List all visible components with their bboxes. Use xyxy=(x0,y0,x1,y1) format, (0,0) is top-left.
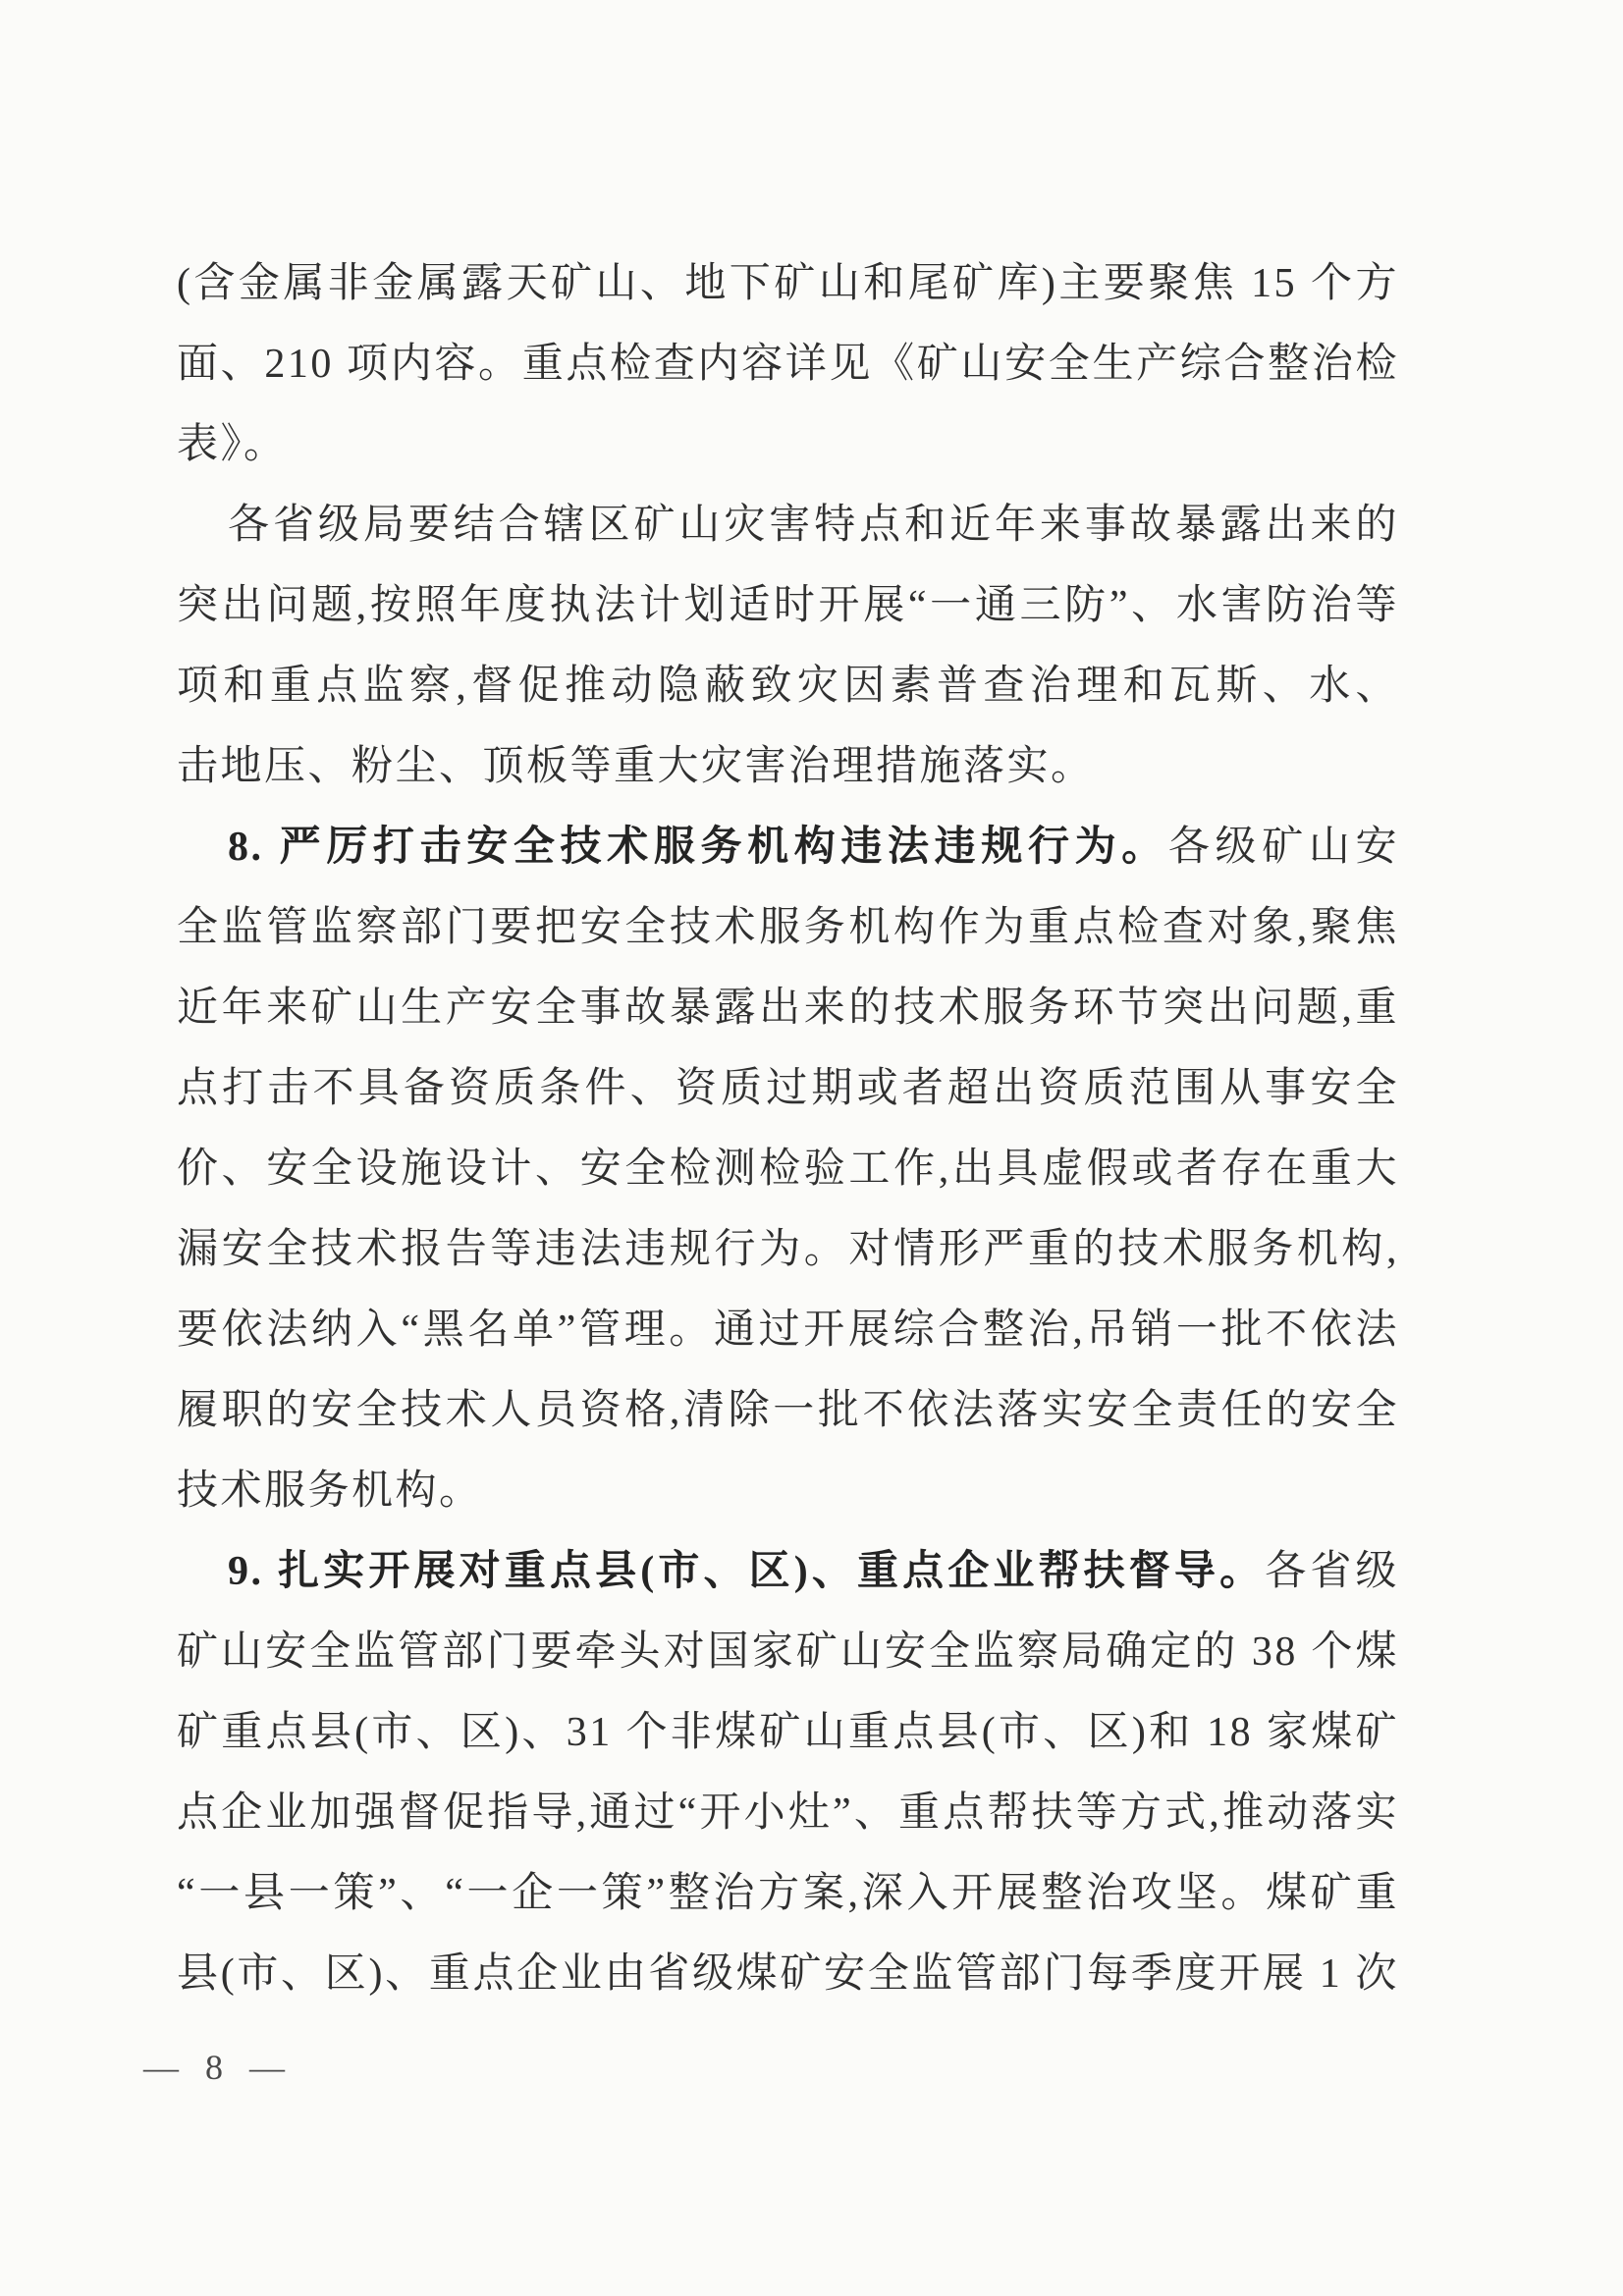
doc-line-6: 项和重点监察,督促推动隐蔽致灾因素普查治理和瓦斯、水、火、冲 xyxy=(177,646,1399,726)
doc-line-7: 击地压、粉尘、顶板等重大灾害治理措施落实。 xyxy=(177,726,1399,807)
doc-line-10: 近年来矿山生产安全事故暴露出来的技术服务环节突出问题,重 xyxy=(177,968,1399,1048)
document-page: (含金属非金属露天矿山、地下矿山和尾矿库)主要聚焦 15 个方 面、210 项内… xyxy=(0,0,1623,2296)
doc-line-3: 表》。 xyxy=(177,404,1399,485)
doc-line-5: 突出问题,按照年度执法计划适时开展“一通三防”、水害防治等专 xyxy=(177,565,1399,646)
doc-line-1: (含金属非金属露天矿山、地下矿山和尾矿库)主要聚焦 15 个方 xyxy=(177,243,1399,324)
doc-line-9: 全监管监察部门要把安全技术服务机构作为重点检查对象,聚焦 xyxy=(177,887,1399,968)
doc-line-15: 履职的安全技术人员资格,清除一批不依法落实安全责任的安全 xyxy=(177,1370,1399,1451)
doc-line-11: 点打击不具备资质条件、资质过期或者超出资质范围从事安全评 xyxy=(177,1048,1399,1129)
doc-line-8-item8-heading: 8. 严厉打击安全技术服务机构违法违规行为。各级矿山安 xyxy=(177,807,1399,887)
doc-line-22: 县(市、区)、重点企业由省级煤矿安全监管部门每季度开展 1 次现 xyxy=(177,1934,1399,2014)
page-number: — 8 — xyxy=(143,2038,289,2097)
item8-heading-bold: 8. 严厉打击安全技术服务机构违法违规行为。 xyxy=(228,825,1168,870)
doc-line-18: 矿山安全监管部门要牵头对国家矿山安全监察局确定的 38 个煤 xyxy=(177,1612,1399,1692)
doc-line-16: 技术服务机构。 xyxy=(177,1451,1399,1531)
doc-line-4: 各省级局要结合辖区矿山灾害特点和近年来事故暴露出来的 xyxy=(177,485,1399,565)
doc-line-21: “一县一策”、“一企一策”整治方案,深入开展整治攻坚。煤矿重 xyxy=(177,1853,1399,1934)
doc-line-12: 价、安全设施设计、安全检测检验工作,出具虚假或者存在重大疏 xyxy=(177,1129,1399,1209)
doc-line-17-item9-heading: 9. 扎实开展对重点县(市、区)、重点企业帮扶督导。各省级 xyxy=(177,1531,1399,1612)
doc-line-2: 面、210 项内容。重点检查内容详见《矿山安全生产综合整治检查 xyxy=(177,324,1399,404)
doc-line-19: 矿重点县(市、区)、31 个非煤矿山重点县(市、区)和 18 家煤矿重 xyxy=(177,1692,1399,1773)
doc-line-20: 点企业加强督促指导,通过“开小灶”、重点帮扶等方式,推动落实 xyxy=(177,1773,1399,1853)
doc-line-13: 漏安全技术报告等违法违规行为。对情形严重的技术服务机构, xyxy=(177,1209,1399,1290)
doc-line-14: 要依法纳入“黑名单”管理。通过开展综合整治,吊销一批不依法 xyxy=(177,1290,1399,1370)
document-text-block: (含金属非金属露天矿山、地下矿山和尾矿库)主要聚焦 15 个方 面、210 项内… xyxy=(177,243,1399,2014)
item9-heading-bold: 9. 扎实开展对重点县(市、区)、重点企业帮扶督导。 xyxy=(228,1549,1265,1594)
